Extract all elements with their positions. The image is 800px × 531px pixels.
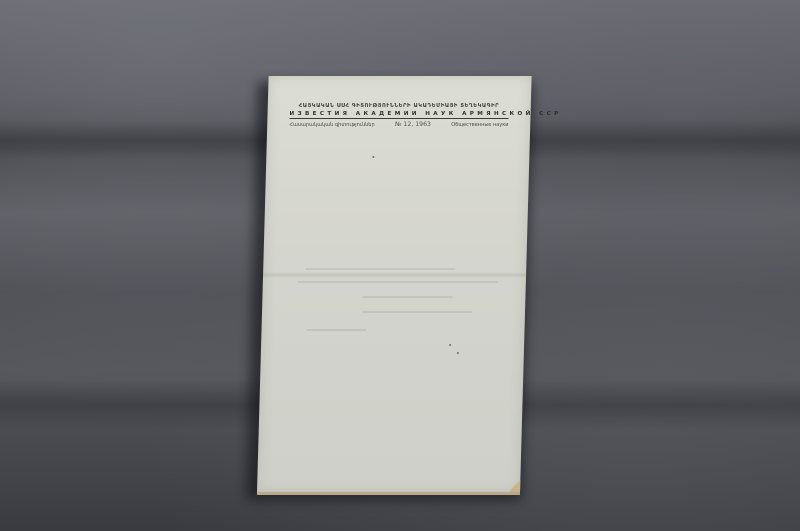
paper-edge xyxy=(257,492,520,495)
paper-speck xyxy=(449,344,451,346)
document-page: ՀԱՅԿԱԿԱՆ ՍՍՀ ԳԻՏՈՒԹՅՈՒՆՆԵՐԻ ԱԿԱԴԵՄԻԱՅԻ Տ… xyxy=(257,76,532,492)
paper-speck xyxy=(372,156,374,158)
russian-journal-title: ИЗВЕСТИЯ АКАДЕМИИ НАУК АРМЯНСКОЙ ССР xyxy=(290,111,509,117)
section-russian: Общественные науки xyxy=(451,122,508,128)
header-meta: Հասարակական գիտություններ № 12, 1963 Общ… xyxy=(290,121,509,128)
show-through-line xyxy=(298,281,498,283)
show-through-line xyxy=(362,311,472,313)
header-rule xyxy=(290,118,509,119)
section-armenian: Հասարակական գիտություններ xyxy=(290,122,375,128)
show-through-line xyxy=(306,329,366,331)
journal-header: ՀԱՅԿԱԿԱՆ ՍՍՀ ԳԻՏՈՒԹՅՈՒՆՆԵՐԻ ԱԿԱԴԵՄԻԱՅԻ Տ… xyxy=(290,103,509,128)
issue-number: № 12, 1963 xyxy=(395,121,431,128)
show-through-line xyxy=(305,268,455,270)
worn-corner xyxy=(510,478,520,492)
show-through-line xyxy=(362,296,452,298)
armenian-journal-title: ՀԱՅԿԱԿԱՆ ՍՍՀ ԳԻՏՈՒԹՅՈՒՆՆԵՐԻ ԱԿԱԴԵՄԻԱՅԻ Տ… xyxy=(290,103,509,109)
paper-speck xyxy=(457,352,459,354)
